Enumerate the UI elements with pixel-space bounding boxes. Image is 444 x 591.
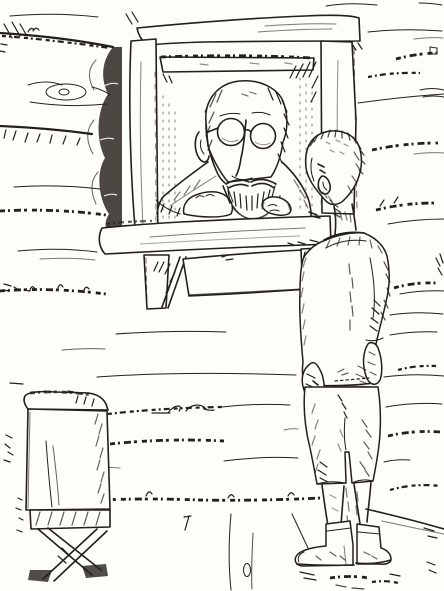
- illustration-canvas: Pen-and-ink illustration: an elderly bal…: [0, 0, 444, 591]
- illustration-page: Pen-and-ink illustration: an elderly bal…: [0, 0, 444, 591]
